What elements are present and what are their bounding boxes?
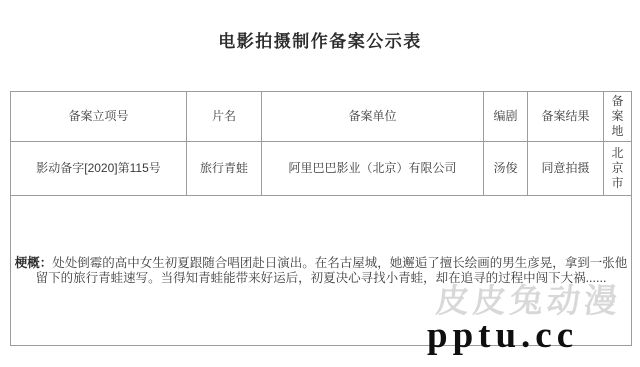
table-row: 影动备字[2020]第115号 旅行青蛙 阿里巴巴影业（北京）有限公司 汤俊 同…: [11, 142, 632, 196]
header-screenwriter: 编剧: [484, 92, 528, 142]
cell-screenwriter: 汤俊: [484, 142, 528, 196]
cell-filing-result: 同意拍摄: [528, 142, 604, 196]
header-filing-place: 备案地: [604, 92, 632, 142]
cell-filing-place: 北京市: [604, 142, 632, 196]
page-title: 电影拍摄制作备案公示表: [0, 27, 640, 52]
watermark-brand-text: 皮皮兔动漫: [434, 283, 640, 319]
synopsis-text: 处处倒霉的高中女生初夏跟随合唱团赴日演出。在名古屋城，她邂逅了擅长绘画的男生彦晃…: [36, 256, 628, 285]
cell-filing-number: 影动备字[2020]第115号: [11, 142, 187, 196]
cell-film-title: 旅行青蛙: [187, 142, 262, 196]
table-header-row: 备案立项号 片名 备案单位 编剧 备案结果 备案地: [11, 92, 632, 142]
header-filing-result: 备案结果: [528, 92, 604, 142]
header-filing-unit: 备案单位: [262, 92, 484, 142]
header-film-title: 片名: [187, 92, 262, 142]
header-filing-number: 备案立项号: [11, 92, 187, 142]
cell-filing-unit: 阿里巴巴影业（北京）有限公司: [262, 142, 484, 196]
watermark-url-text: pptu.cc: [427, 317, 578, 354]
synopsis-label: 梗概：: [15, 256, 53, 270]
